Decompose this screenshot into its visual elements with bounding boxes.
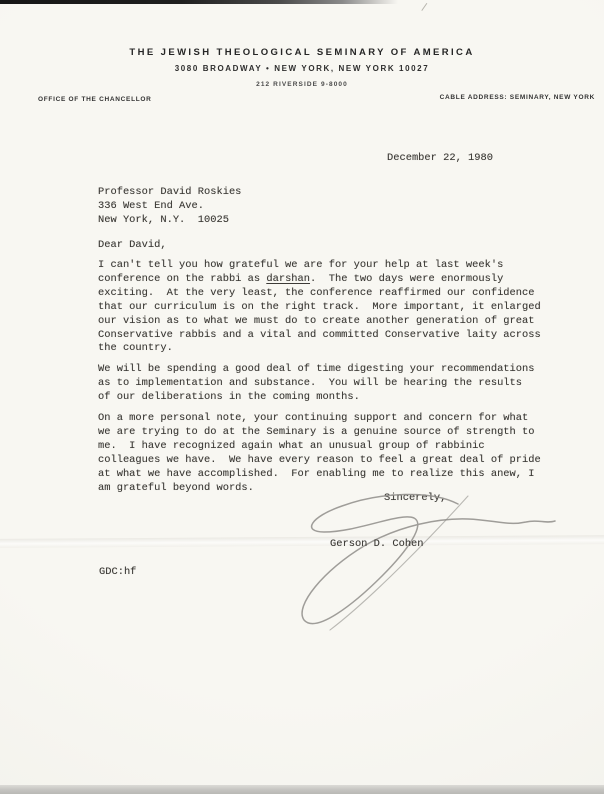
signer-name: Gerson D. Cohen [330, 538, 424, 550]
signature-handwritten-icon [272, 488, 562, 638]
body-line: colleagues we have. We have every reason… [98, 454, 541, 468]
letterhead-cable: CABLE ADDRESS: SEMINARY, NEW YORK [440, 94, 595, 101]
letterhead-phone: 212 RIVERSIDE 9-8000 [0, 81, 604, 88]
body-line: the country. [98, 342, 541, 356]
scan-edge-bottom [0, 785, 604, 794]
paragraph-1: I can't tell you how grateful we are for… [98, 259, 541, 356]
signature-stroke [330, 496, 468, 630]
body-line: me. I have recognized again what an unus… [98, 440, 541, 454]
letter-date: December 22, 1980 [387, 152, 493, 164]
letterhead-office: OFFICE OF THE CHANCELLOR [38, 96, 152, 103]
recipient-name: Professor David Roskies [98, 186, 241, 200]
pencil-mark [421, 3, 434, 16]
paragraph-2: We will be spending a good deal of time … [98, 363, 541, 405]
signature-stroke [302, 494, 555, 623]
body-segment: conference on the rabbi as [98, 273, 266, 285]
paragraph-3: On a more personal note, your continuing… [98, 412, 541, 495]
recipient-street: 336 West End Ave. [98, 200, 241, 214]
body-line: as to implementation and substance. You … [98, 377, 541, 391]
body-line: On a more personal note, your continuing… [98, 412, 541, 426]
recipient-address: Professor David Roskies 336 West End Ave… [98, 186, 241, 228]
body-line: I can't tell you how grateful we are for… [98, 259, 541, 273]
body-line: at what we have accomplished. For enabli… [98, 468, 541, 482]
body-line: We will be spending a good deal of time … [98, 363, 541, 377]
body-line: Conservative rabbis and a vital and comm… [98, 329, 541, 343]
scan-edge-top [0, 0, 398, 4]
reference-initials: GDC:hf [99, 566, 136, 578]
body-line: that our curriculum is on the right trac… [98, 301, 541, 315]
salutation: Dear David, [98, 239, 167, 251]
body-line: of our deliberations in the coming month… [98, 391, 541, 405]
recipient-city: New York, N.Y. 10025 [98, 214, 241, 228]
body-line: our vision as to what we must do to crea… [98, 315, 541, 329]
letterhead-institution: THE JEWISH THEOLOGICAL SEMINARY OF AMERI… [0, 47, 604, 58]
body-line: we are trying to do at the Seminary is a… [98, 426, 541, 440]
body-segment: . The two days were enormously [310, 273, 503, 285]
letter-page: THE JEWISH THEOLOGICAL SEMINARY OF AMERI… [0, 0, 604, 794]
letterhead-address: 3080 BROADWAY • NEW YORK, NEW YORK 10027 [0, 64, 604, 73]
letter-body: I can't tell you how grateful we are for… [98, 259, 541, 503]
body-line: conference on the rabbi as darshan. The … [98, 273, 541, 287]
body-line: exciting. At the very least, the confere… [98, 287, 541, 301]
underlined-term: darshan [266, 273, 310, 285]
